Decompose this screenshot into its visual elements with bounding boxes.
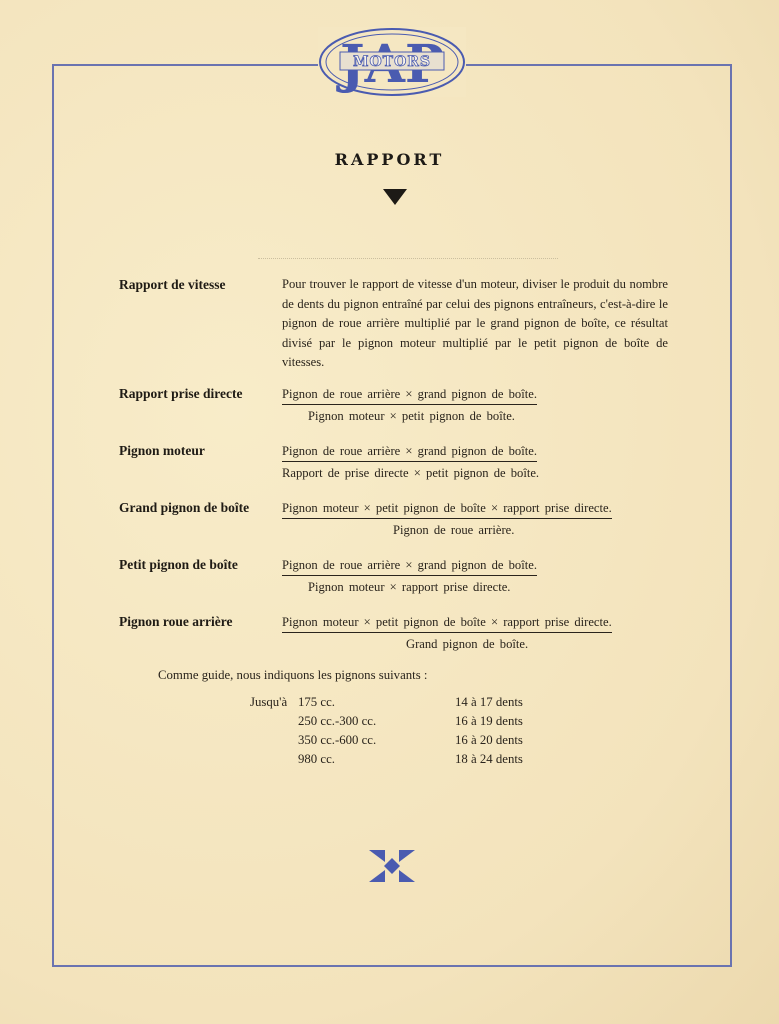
label-formula-1: Rapport prise directe — [119, 386, 242, 402]
numerator: Pignon de roue arrière × grand pignon de… — [282, 444, 537, 462]
guide-engine-1: 175 cc. — [298, 695, 335, 710]
label-formula-4: Petit pignon de boîte — [119, 557, 238, 573]
formula-2: Pignon de roue arrière × grand pignon de… — [282, 444, 537, 462]
numerator: Pignon moteur × petit pignon de boîte × … — [282, 501, 612, 519]
numerator: Pignon moteur × petit pignon de boîte × … — [282, 615, 612, 633]
decorative-ornament-icon — [367, 848, 417, 888]
guide-engine-3: 350 cc.-600 cc. — [298, 733, 376, 748]
svg-text:MOTORS: MOTORS — [353, 54, 431, 70]
denominator: Rapport de prise directe × petit pignon … — [282, 466, 539, 481]
formula-4: Pignon de roue arrière × grand pignon de… — [282, 558, 537, 576]
formula-3: Pignon moteur × petit pignon de boîte × … — [282, 501, 612, 519]
label-formula-2: Pignon moteur — [119, 443, 205, 459]
page-title: RAPPORT — [0, 150, 779, 169]
guide-intro: Comme guide, nous indiquons les pignons … — [158, 668, 427, 683]
down-triangle-icon — [383, 189, 407, 205]
formula-1: Pignon de roue arrière × grand pignon de… — [282, 387, 537, 405]
guide-engine-4: 980 cc. — [298, 752, 335, 767]
guide-teeth-1: 14 à 17 dents — [455, 695, 523, 710]
numerator: Pignon de roue arrière × grand pignon de… — [282, 387, 537, 405]
guide-teeth-3: 16 à 20 dents — [455, 733, 523, 748]
guide-teeth-4: 18 à 24 dents — [455, 752, 523, 767]
guide-engine-2: 250 cc.-300 cc. — [298, 714, 376, 729]
label-rapport-de-vitesse: Rapport de vitesse — [119, 277, 226, 293]
guide-teeth-2: 16 à 19 dents — [455, 714, 523, 729]
label-formula-5: Pignon roue arrière — [119, 614, 232, 630]
numerator: Pignon de roue arrière × grand pignon de… — [282, 558, 537, 576]
intro-paragraph: Pour trouver le rapport de vitesse d'un … — [282, 275, 668, 373]
guide-prefix: Jusqu'à — [250, 695, 287, 710]
denominator: Grand pignon de boîte. — [406, 637, 528, 652]
formula-5: Pignon moteur × petit pignon de boîte × … — [282, 615, 612, 633]
jap-motors-logo: JAP MOTORS — [318, 27, 466, 97]
denominator: Pignon moteur × rapport prise directe. — [308, 580, 510, 595]
denominator: Pignon de roue arrière. — [393, 523, 514, 538]
denominator: Pignon moteur × petit pignon de boîte. — [308, 409, 515, 424]
label-formula-3: Grand pignon de boîte — [119, 500, 249, 516]
dotted-divider — [258, 258, 558, 259]
